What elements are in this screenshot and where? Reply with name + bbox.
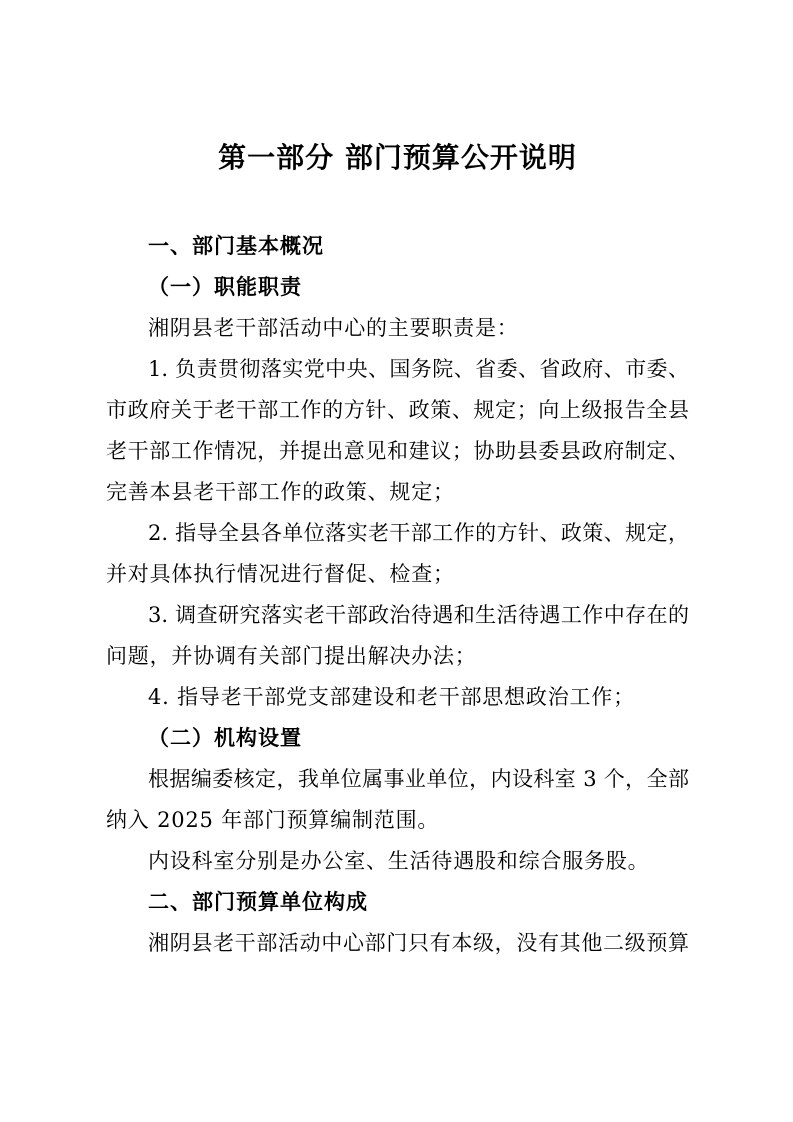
paragraph-line: 纳入 2025 年部门预算编制范围。	[106, 800, 689, 841]
paragraph-line: 3. 调查研究落实老干部政治待遇和生活待遇工作中存在的	[106, 595, 689, 636]
paragraph-line: 湘阴县老干部活动中心的主要职责是：	[106, 308, 689, 349]
section-heading: 二、部门预算单位构成	[106, 882, 689, 923]
section-heading: 一、部门基本概况	[106, 226, 689, 267]
document-body: 一、部门基本概况（一）职能职责湘阴县老干部活动中心的主要职责是：1. 负责贯彻落…	[106, 226, 689, 964]
paragraph-line: 湘阴县老干部活动中心部门只有本级，没有其他二级预算	[106, 923, 689, 964]
subsection-heading: （二）机构设置	[106, 718, 689, 759]
paragraph-line: 2. 指导全县各单位落实老干部工作的方针、政策、规定，	[106, 513, 689, 554]
paragraph-line: 4. 指导老干部党支部建设和老干部思想政治工作；	[106, 677, 689, 718]
paragraph-line: 完善本县老干部工作的政策、规定；	[106, 472, 689, 513]
paragraph-line: 市政府关于老干部工作的方针、政策、规定；向上级报告全县	[106, 390, 689, 431]
paragraph-line: 老干部工作情况，并提出意见和建议；协助县委县政府制定、	[106, 431, 689, 472]
paragraph-line: 内设科室分别是办公室、生活待遇股和综合服务股。	[106, 841, 689, 882]
paragraph-line: 1. 负责贯彻落实党中央、国务院、省委、省政府、市委、	[106, 349, 689, 390]
paragraph-line: 问题，并协调有关部门提出解决办法；	[106, 636, 689, 677]
subsection-heading: （一）职能职责	[106, 267, 689, 308]
document-title: 第一部分 部门预算公开说明	[106, 140, 689, 176]
document-page: 第一部分 部门预算公开说明 一、部门基本概况（一）职能职责湘阴县老干部活动中心的…	[0, 0, 793, 1122]
paragraph-line: 并对具体执行情况进行督促、检查；	[106, 554, 689, 595]
paragraph-line: 根据编委核定，我单位属事业单位，内设科室 3 个，全部	[106, 759, 689, 800]
